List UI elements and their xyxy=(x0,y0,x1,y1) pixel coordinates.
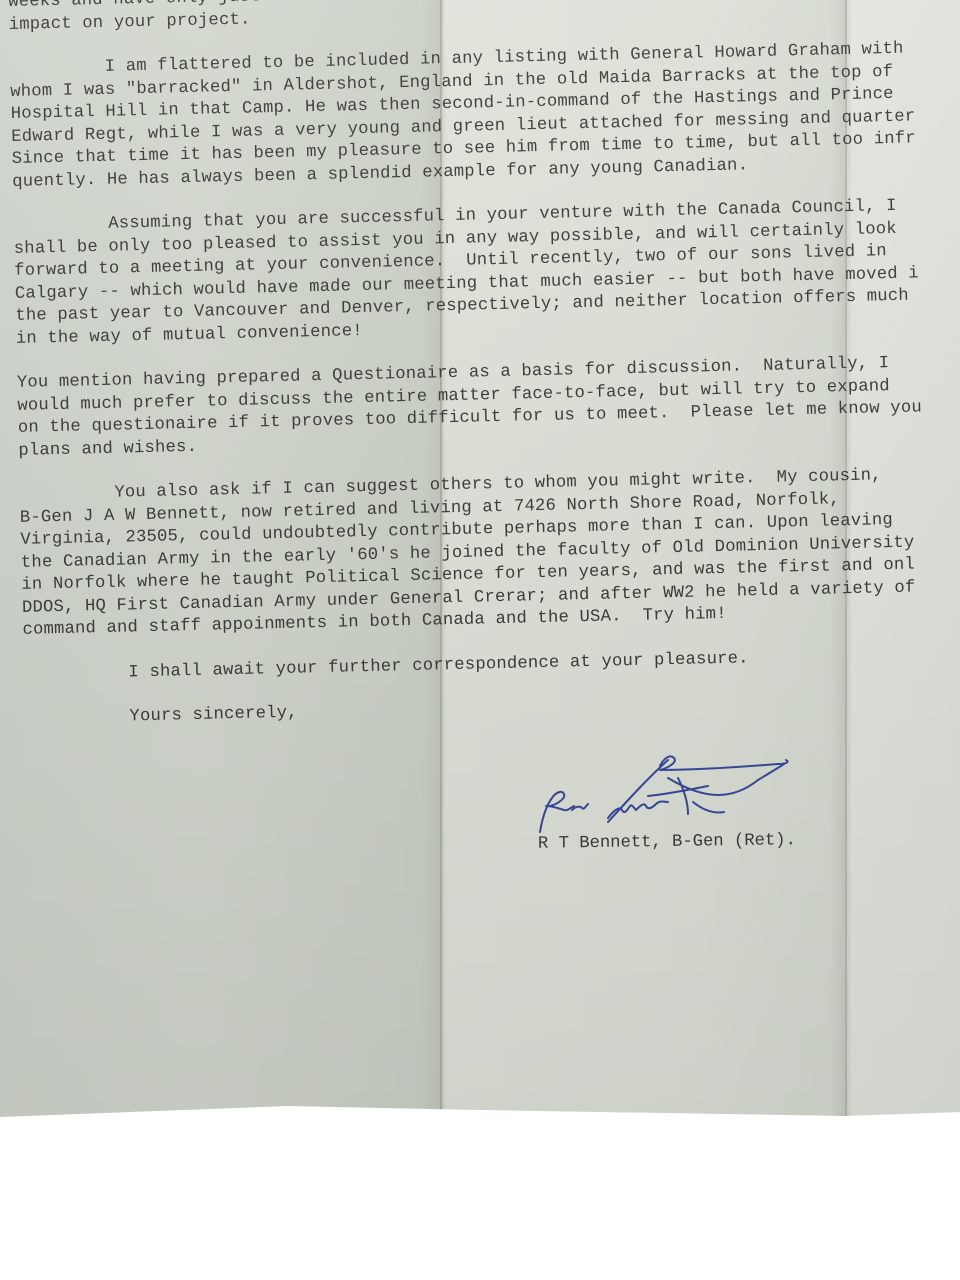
letter-paragraph: Assuming that you are successful in your… xyxy=(13,193,960,351)
letter-paragraph: weeks and have only just returned. I tru… xyxy=(8,0,960,37)
text-line: would much prefer to discuss the entire … xyxy=(17,373,960,418)
signature-block: R T Bennett, B-Gen (Ret). xyxy=(528,740,848,860)
text-line: Virginia, 23505, could undoubtedly contr… xyxy=(20,507,960,552)
blank-background-area xyxy=(0,1118,960,1280)
letter-paper: weeks and have only just returned. I tru… xyxy=(0,0,960,1118)
text-line: DDOS, HQ First Canadian Army under Gener… xyxy=(22,575,960,620)
paper-fold-line xyxy=(440,0,442,1118)
letter-paragraph: You mention having prepared a Questionai… xyxy=(17,350,960,463)
text-line: I am flattered to be included in any lis… xyxy=(10,36,960,81)
text-line: whom I was "barracked" in Aldershot, Eng… xyxy=(10,59,960,104)
text-line: shall be only too pleased to assist you … xyxy=(14,216,960,261)
text-line: command and staff appoinments in both Ca… xyxy=(22,597,960,642)
text-line: You also ask if I can suggest others to … xyxy=(19,462,960,507)
closing-line: I shall await your further correspondenc… xyxy=(23,642,960,687)
letter-paragraph: I am flattered to be included in any lis… xyxy=(10,36,960,194)
text-line: quently. He has always been a splendid e… xyxy=(12,149,960,194)
text-line: the past year to Vancouver and Denver, r… xyxy=(15,283,960,328)
signatory-name: R T Bennett, B-Gen (Ret). xyxy=(538,831,796,854)
text-line: plans and wishes. xyxy=(18,418,960,463)
text-line: on the questionaire if it proves too dif… xyxy=(18,395,960,440)
text-line: You mention having prepared a Questionai… xyxy=(17,350,960,395)
text-line: forward to a meeting at your convenience… xyxy=(14,238,960,283)
handwritten-signature-icon xyxy=(528,740,808,840)
text-line: in Norfolk where he taught Political Sci… xyxy=(21,552,960,597)
text-line: the Canadian Army in the early '60's he … xyxy=(21,530,960,575)
valediction: Yours sincerely, xyxy=(24,686,960,731)
text-line: in the way of mutual convenience! xyxy=(16,306,960,351)
text-line: Edward Regt, while I was a very young an… xyxy=(11,104,960,149)
paper-fold-line xyxy=(845,0,847,1118)
letter-body: weeks and have only just returned. I tru… xyxy=(8,0,960,753)
text-line: Hospital Hill in that Camp. He was then … xyxy=(11,81,960,126)
text-line: Since that time it has been my pleasure … xyxy=(12,126,960,171)
text-line: impact on your project. xyxy=(9,0,960,37)
text-line: Calgary -- which would have made our mee… xyxy=(15,261,960,306)
text-line: Assuming that you are successful in your… xyxy=(13,193,960,238)
text-line: B-Gen J A W Bennett, now retired and liv… xyxy=(20,485,960,530)
letter-paragraph: You also ask if I can suggest others to … xyxy=(19,462,960,642)
text-line: weeks and have only just returned. I tru xyxy=(8,0,960,14)
